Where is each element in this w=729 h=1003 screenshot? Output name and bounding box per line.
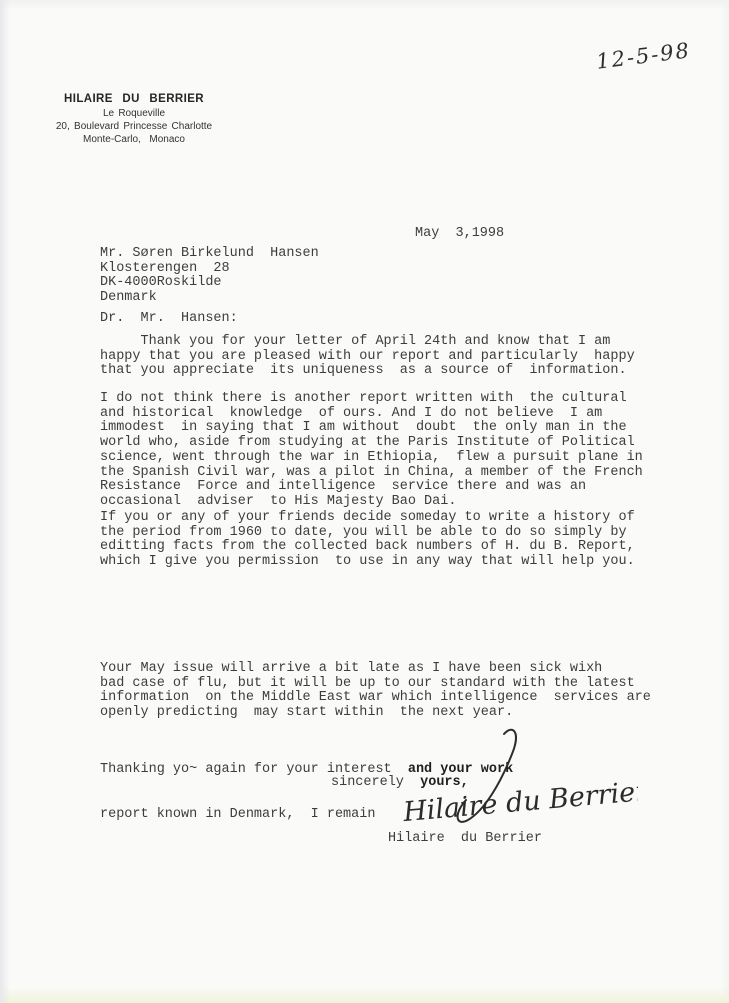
paragraph-3: If you or any of your friends decide som… (100, 511, 635, 570)
letterhead-name: HILAIRE DU BERRIER (38, 93, 230, 105)
handwritten-date-annotation: 12-5-98 (595, 38, 692, 73)
salutation: Dr. Mr. Hansen: (100, 312, 238, 327)
letterhead: HILAIRE DU BERRIER Le Roqueville 20, Bou… (38, 93, 230, 146)
paragraph-2: I do not think there is another report w… (100, 392, 643, 510)
recipient-address-block: Mr. Søren Birkelund HansenKlosterengen 2… (100, 247, 319, 306)
scanned-letter-page: 12-5-98 HILAIRE DU BERRIER Le Roqueville… (0, 0, 729, 1003)
handwritten-signature: Hilaire du Berrier (383, 724, 638, 842)
letterhead-building: Le Roqueville (38, 107, 230, 120)
letter-date: May 3,1998 (415, 227, 504, 242)
paragraph-4: Your May issue will arrive a bit late as… (100, 662, 651, 721)
paragraph-1: Thank you for your letter of April 24th … (100, 335, 635, 379)
letterhead-city: Monte-Carlo, Monaco (38, 133, 230, 146)
signature-script-text: Hilaire du Berrier (401, 776, 638, 829)
typed-signature-name: Hilaire du Berrier (388, 832, 542, 847)
letterhead-street: 20, Boulevard Princesse Charlotte (38, 120, 230, 133)
